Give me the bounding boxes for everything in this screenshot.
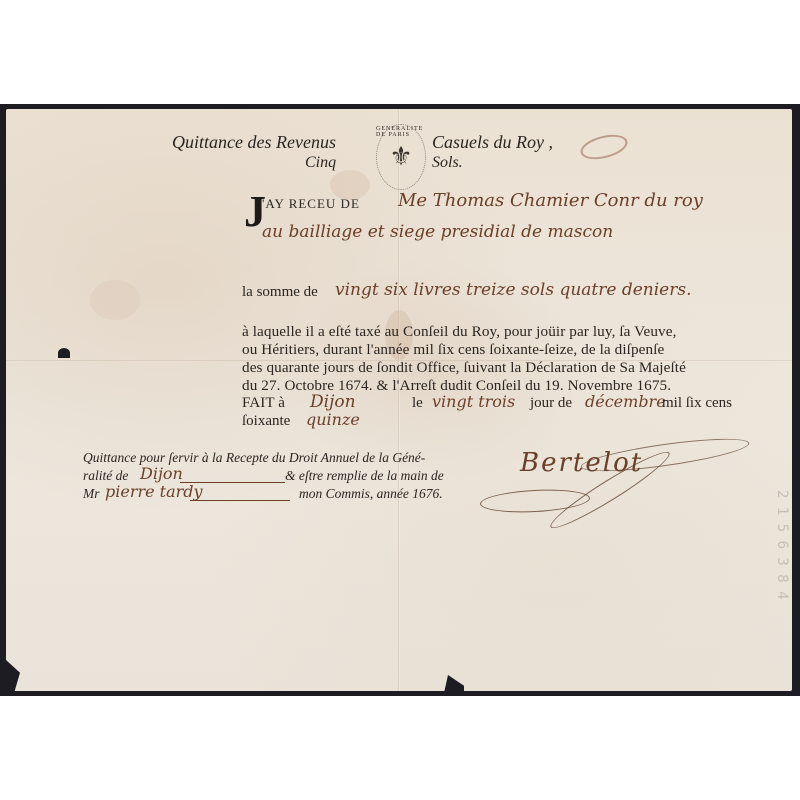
body-line-2: ou Héritiers, durant l'année mil ſix cen… xyxy=(242,341,664,359)
sum-label: la somme de xyxy=(242,284,318,301)
fait-mil-six-cens: mil ſix cens xyxy=(662,395,732,412)
fait-le: le xyxy=(412,395,423,412)
sum-handwritten: vingt six livres treize sols quatre deni… xyxy=(335,280,692,300)
footer-line-3-prefix: Mr xyxy=(83,486,100,502)
fait-place-handwritten: Dijon xyxy=(310,392,356,412)
fait-day-handwritten: vingt trois xyxy=(432,392,515,411)
header-price-left: Cinq xyxy=(305,154,336,172)
fait-month-handwritten: décembre xyxy=(585,392,666,411)
footer-line-2-suffix: & eſtre remplie de la main de xyxy=(285,468,444,484)
header-title-left: Quittance des Revenus xyxy=(172,132,336,153)
recipient-handwritten-line1: Me Thomas Chamier Conr du roy xyxy=(398,190,703,211)
fait-year-handwritten: quinze xyxy=(306,410,360,429)
body-line-1: à laquelle il a eſté taxé au Conſeil du … xyxy=(242,323,677,341)
edge-tear xyxy=(58,348,70,358)
footer-commis-handwritten: pierre tardy xyxy=(105,482,203,501)
footer-generalite-handwritten: Dijon xyxy=(140,464,183,483)
faded-stamp-mark: 2 1 5 6 3 8 4 xyxy=(710,490,790,660)
header-price-right: Sols. xyxy=(432,154,463,172)
fait-label: FAIT à xyxy=(242,395,285,412)
footer-line-3-suffix: mon Commis, année 1676. xyxy=(299,486,443,502)
paper-stain xyxy=(90,280,140,320)
body-line-3: des quarante jours de ſondit Office, ſui… xyxy=(242,359,686,377)
handwritten-underline xyxy=(190,500,290,501)
header-title-right: Casuels du Roy , xyxy=(432,132,553,153)
seal-text: GENERALITE DE PARIS xyxy=(376,126,426,138)
fait-jour-de: jour de xyxy=(530,395,572,412)
generalite-seal: GENERALITE DE PARIS ⚜ xyxy=(376,124,426,190)
fait-soixante: ſoixante xyxy=(242,413,290,430)
recipient-handwritten-line2: au bailliage et siege presidial de masco… xyxy=(262,222,613,242)
footer-line-1: Quittance pour ſervir à la Recepte du Dr… xyxy=(83,450,425,466)
ay-receu-de-label: 'AY RECEU DE xyxy=(262,196,360,212)
